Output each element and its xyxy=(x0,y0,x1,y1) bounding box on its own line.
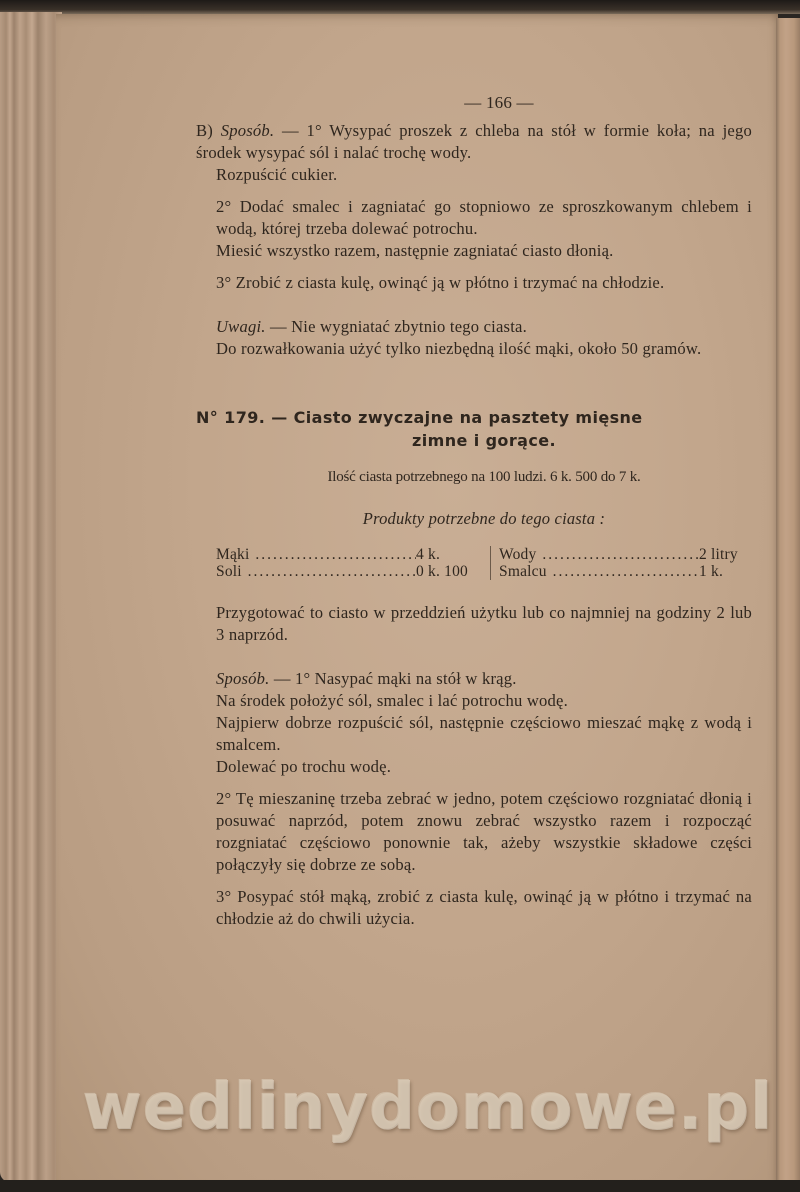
method-step1d: Dolewać po trochu wodę. xyxy=(216,756,752,778)
scanned-book-page: — 166 — B) Sposób. — 1° Wysypać proszek … xyxy=(0,0,800,1192)
ingredient-name: Soli xyxy=(216,563,416,580)
recipe-title-line2: zimne i gorące. xyxy=(196,429,752,452)
page-number: — 166 — xyxy=(216,92,752,114)
method-step1c: Najpierw dobrze rozpuścić sól, następnie… xyxy=(216,712,752,756)
page-content: — 166 — B) Sposób. — 1° Wysypać proszek … xyxy=(216,92,752,930)
ingredient-row: Smalcu 1 k. xyxy=(499,563,767,580)
method-label: Sposób. xyxy=(216,669,270,688)
section-b-step2: 2° Dodać smalec i zagniatać go stopniowo… xyxy=(216,196,752,240)
ingredient-name: Wody xyxy=(499,546,699,563)
ingredients-table: Mąki 4 k. Soli 0 k. 100 Wody 2 litry Sma… xyxy=(216,546,752,580)
notes-text1: — Nie wygniatać zbytnio tego ciasta. xyxy=(270,317,527,336)
ingredient-name: Smalcu xyxy=(499,563,699,580)
prep-note: Przygotować to ciasto w przeddzień użytk… xyxy=(216,602,752,646)
notes-text2: Do rozwałkowania użyć tylko niezbędną il… xyxy=(216,338,752,360)
ingredient-qty: 4 k. xyxy=(416,546,484,563)
recipe-number: N° 179. xyxy=(196,408,265,427)
section-b-label: B) xyxy=(196,121,213,140)
method-step3: 3° Posypać stół mąką, zrobić z ciasta ku… xyxy=(216,886,752,930)
method-label: Sposób. xyxy=(221,121,275,140)
ingredient-name: Mąki xyxy=(216,546,416,563)
ingredient-qty: 2 litry xyxy=(699,546,767,563)
portion-info: Ilość ciasta potrzebnego na 100 ludzi. 6… xyxy=(216,466,752,488)
book-top-edge xyxy=(0,0,800,14)
notes-label: Uwagi. xyxy=(216,317,266,336)
page-stack-left xyxy=(0,12,62,1182)
method-step1b: Na środek położyć sól, smalec i lać potr… xyxy=(216,690,752,712)
section-b-step1b: Rozpuścić cukier. xyxy=(216,164,752,186)
section-b-step1: B) Sposób. — 1° Wysypać proszek z chleba… xyxy=(196,120,752,164)
book-right-edge xyxy=(776,18,800,1182)
ingredient-row: Wody 2 litry xyxy=(499,546,767,563)
step-text: — 1° Wysypać proszek z chleba na stół w … xyxy=(196,121,752,162)
ingredient-row: Soli 0 k. 100 xyxy=(216,563,484,580)
method-step1: Sposób. — 1° Nasypać mąki na stół w krąg… xyxy=(216,668,752,690)
ingredients-left-column: Mąki 4 k. Soli 0 k. 100 xyxy=(216,546,491,580)
products-heading: Produkty potrzebne do tego ciasta : xyxy=(216,508,752,530)
section-b-step2b: Miesić wszystko razem, następnie zagniat… xyxy=(216,240,752,262)
book-bottom-edge xyxy=(0,1180,800,1192)
recipe-title-line1: — Ciasto zwyczajne na pasztety mięsne xyxy=(271,408,642,427)
step-text: — 1° Nasypać mąki na stół w krąg. xyxy=(274,669,517,688)
ingredients-right-column: Wody 2 litry Smalcu 1 k. xyxy=(491,546,767,580)
watermark: wedlinydomowe.pl xyxy=(82,1070,722,1144)
notes: Uwagi. — Nie wygniatać zbytnio tego cias… xyxy=(216,316,752,338)
method-step2: 2° Tę mieszaninę trzeba zebrać w jedno, … xyxy=(216,788,752,876)
recipe-heading: N° 179. — Ciasto zwyczajne na pasztety m… xyxy=(196,406,752,452)
ingredient-qty: 0 k. 100 xyxy=(416,563,484,580)
ingredient-qty: 1 k. xyxy=(699,563,767,580)
ingredient-row: Mąki 4 k. xyxy=(216,546,484,563)
section-b-step3: 3° Zrobić z ciasta kulę, owinąć ją w płó… xyxy=(216,272,752,294)
